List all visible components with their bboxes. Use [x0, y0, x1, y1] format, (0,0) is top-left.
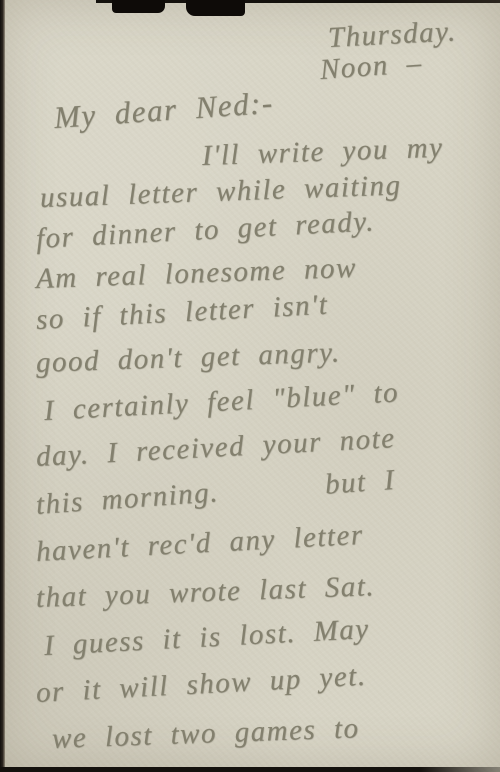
letter-body-line: I certainly feel "blue" to [43, 376, 400, 428]
letter-body-line: day. I received your note [35, 422, 396, 474]
letter-body-line: good don't get angry. [35, 336, 341, 380]
letter-body-line: haven't rec'd any letter [35, 519, 364, 569]
scan-edge-bottom [0, 767, 500, 772]
letter-body-line: this morning. but I [35, 464, 397, 522]
scan-edge-left [0, 0, 5, 772]
scan-artifact-blob-left [112, 0, 165, 13]
letter-body-line: so if this letter isn't [35, 289, 329, 337]
letter-body-line: I'll write you my [201, 132, 444, 173]
scan-artifact-blob-right [186, 0, 245, 16]
letter-time-line: Noon – [319, 47, 424, 87]
letter-body-line: that you wrote last Sat. [35, 570, 375, 615]
letter-salutation: My dear Ned:- [53, 85, 275, 136]
letter-body-line: or it will show up yet. [35, 660, 367, 710]
handwritten-letter-scan: Thursday. Noon – My dear Ned:- I'll writ… [0, 0, 500, 772]
letter-body-line: I guess it is lost. May [43, 613, 370, 663]
letter-body-line: we lost two games to [51, 712, 360, 756]
